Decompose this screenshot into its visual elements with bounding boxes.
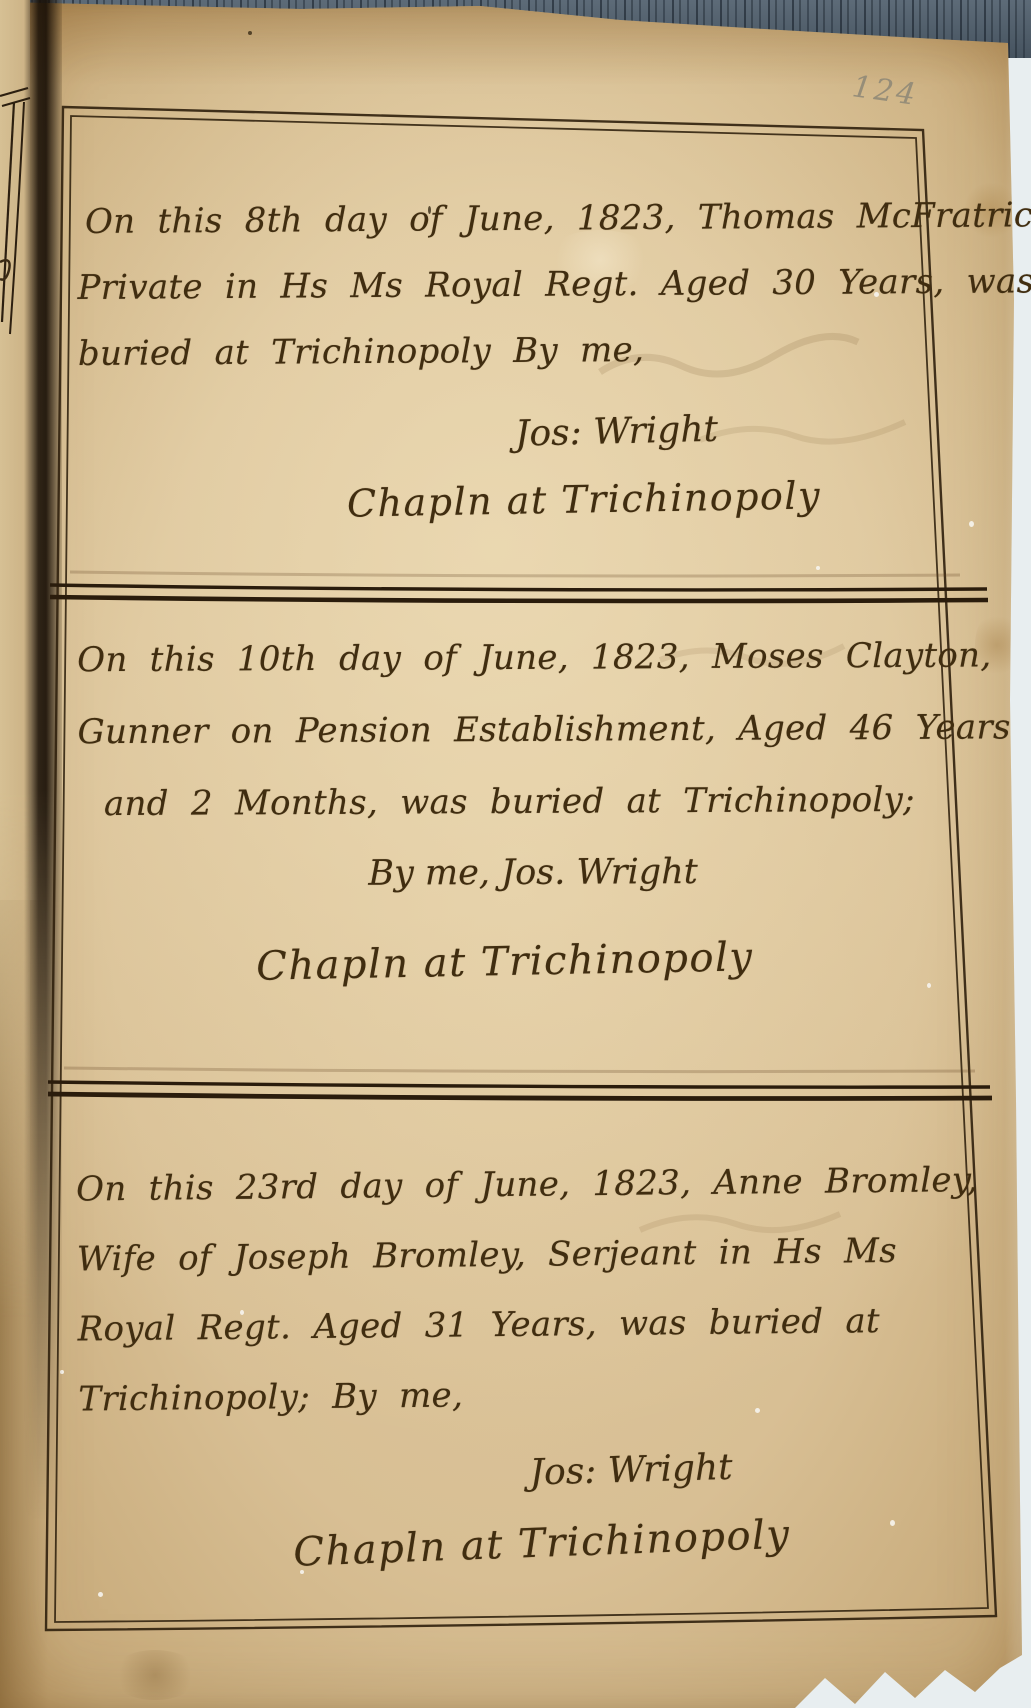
entry-line: On this 23rd day of June, 1823, Anne Bro… [76,1146,937,1225]
photo-of-burial-register-page: 124 On this 8th day of June, 1823, Thoma… [0,0,1031,1708]
chaplain-title: Chapln at Trichinopoly [153,458,1014,541]
entry-line: Private in Hs Ms Royal Regt. Aged 30 Yea… [77,249,937,321]
entry-line: On this 8th day of June, 1823, Thomas Mc… [77,183,937,255]
paper-speck [934,1096,938,1100]
entry-line: buried at Trichinopoly By me, [78,315,938,387]
burial-entry-1: On this 8th day of June, 1823, Thomas Mc… [77,183,939,537]
entry-line: Wife of Joseph Bromley, Serjeant in Hs M… [77,1216,938,1295]
burial-entry-2: On this 10th day of June, 1823, Moses Cl… [77,620,939,998]
paper-stain [110,1650,200,1700]
entry-line: and 2 Months, was buried at Trichinopoly… [78,764,938,841]
entry-line: Gunner on Pension Establishment, Aged 46… [77,692,937,769]
entry-line: On this 10th day of June, 1823, Moses Cl… [77,620,937,697]
chaplain-title: Chapln at Trichinopoly [74,920,935,1004]
entry-line: Royal Regt. Aged 31 Years, was buried at [77,1286,938,1365]
burial-entry-3: On this 23rd day of June, 1823, Anne Bro… [76,1146,940,1581]
paper-speck [816,566,820,570]
entry-line: Trichinopoly; By me, [78,1355,939,1434]
ink-speck [248,31,252,35]
paper-speck [98,1592,103,1597]
chaplain-signature: By me, Jos. Wright [78,836,938,911]
book-gutter-shadow [24,0,62,1520]
